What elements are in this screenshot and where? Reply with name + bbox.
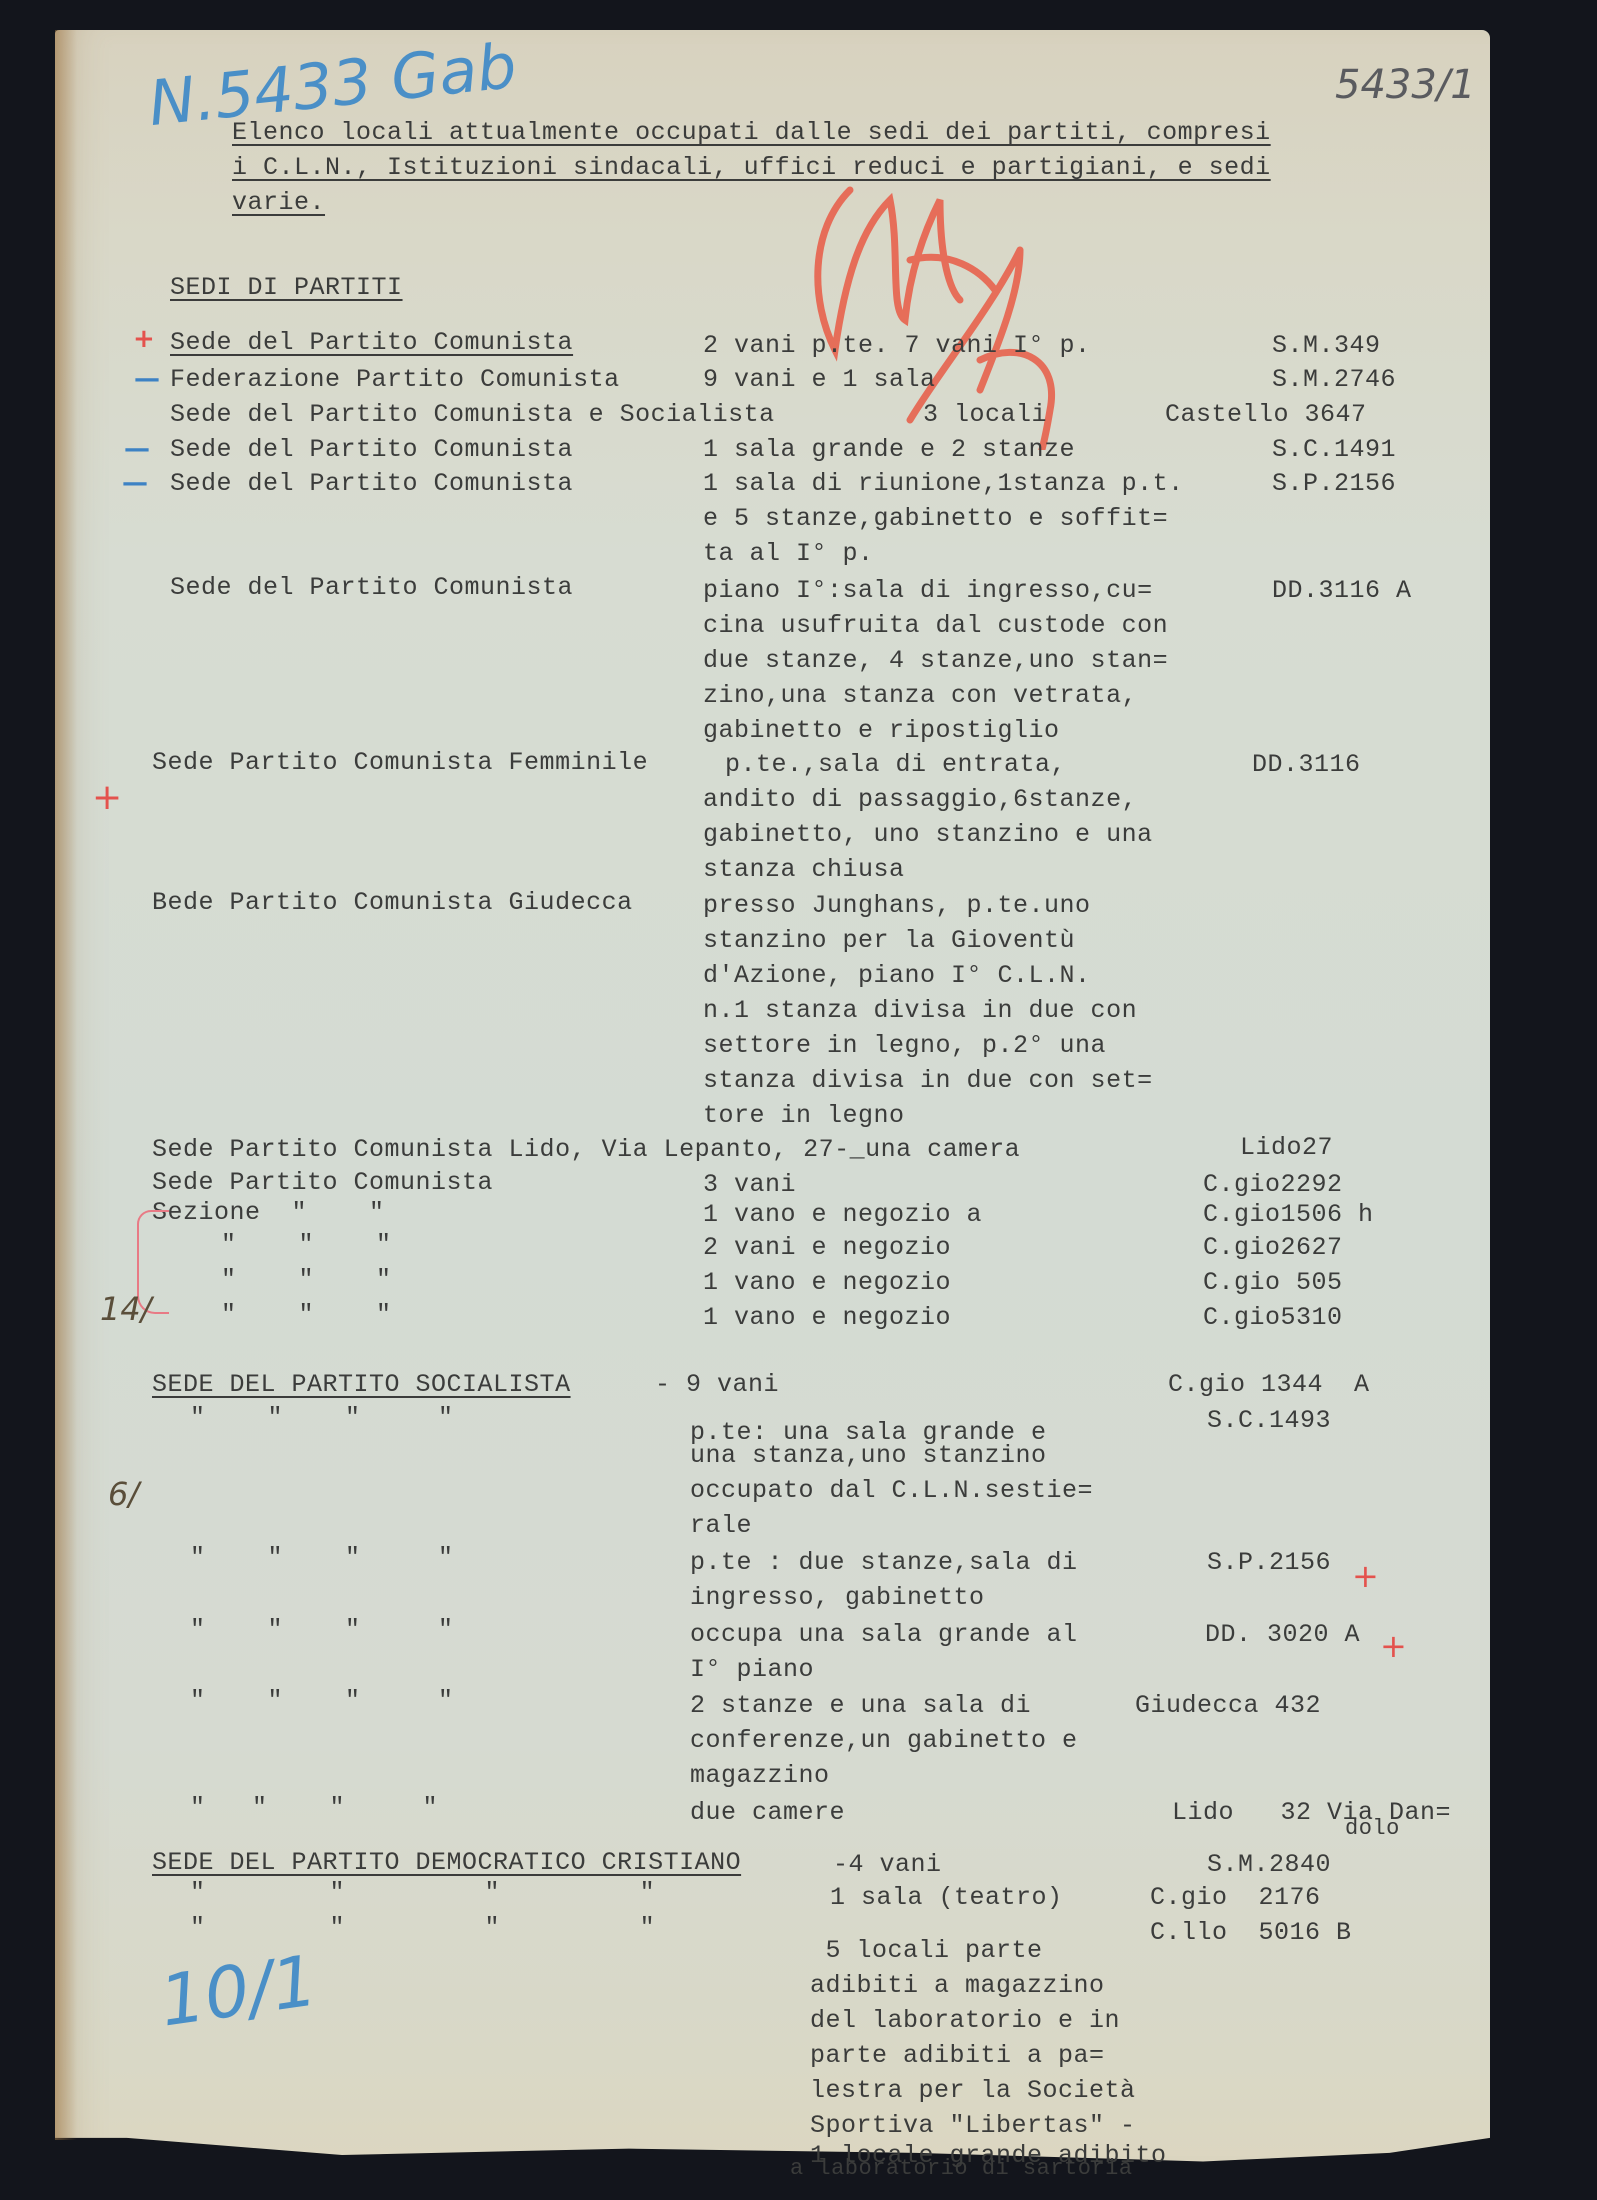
- row-name: Federazione Partito Comunista: [170, 367, 620, 392]
- title-line-1: Elenco locali attualmente occupati dalle…: [232, 120, 1271, 145]
- row-desc: gabinetto, uno stanzino e una: [703, 822, 1153, 847]
- row-location: DD.3116 A: [1272, 578, 1412, 603]
- row-location: DD.3116: [1252, 752, 1361, 777]
- reference-number-handwritten: 5433/1: [1335, 62, 1476, 108]
- ditto-marks: " " " ": [190, 1545, 454, 1570]
- row-location: C.gio 505: [1203, 1270, 1343, 1295]
- row-desc: p.te.,sala di entrata,: [725, 752, 1066, 777]
- row-desc: 1 vano e negozio: [703, 1305, 951, 1330]
- row-desc: zino,una stanza con vetrata,: [703, 683, 1137, 708]
- page-fold-shadow: [55, 30, 77, 2140]
- row-name: Sede del Partito Comunista: [170, 471, 573, 496]
- ditto-marks: " " " ": [190, 1405, 454, 1430]
- row-desc: gabinetto e ripostiglio: [703, 718, 1060, 743]
- row-desc: stanza chiusa: [703, 857, 905, 882]
- row-desc: una stanza,uno stanzino: [690, 1443, 1047, 1468]
- row-desc: n.1 stanza divisa in due con: [703, 998, 1137, 1023]
- ditto-marks: " " " ": [190, 1915, 655, 1940]
- row-name: Sede del Partito Comunista: [170, 330, 573, 355]
- row-location: C.gio2292: [1203, 1172, 1343, 1197]
- row-desc: Sportiva "Libertas" -: [810, 2113, 1136, 2138]
- blue-dash-mark: —: [134, 366, 160, 392]
- row-desc: 1 sala di riunione,1stanza p.t.: [703, 471, 1184, 496]
- row-name: Sezione " ": [152, 1200, 385, 1225]
- row-desc: a laboratorio di sartoria: [790, 2158, 1133, 2180]
- margin-note-14: 14/: [100, 1290, 152, 1328]
- row-location: Giudecca 432: [1135, 1693, 1321, 1718]
- row-desc: 2 vani e negozio: [703, 1235, 951, 1260]
- row-location: C.gio5310: [1203, 1305, 1343, 1330]
- row-location: DD. 3020 A: [1205, 1622, 1360, 1647]
- row-desc: stanzino per la Gioventù: [703, 928, 1075, 953]
- row-desc: piano I°:sala di ingresso,cu=: [703, 578, 1153, 603]
- row-name: Sede Partito Comunista Lido, Via Lepanto…: [152, 1137, 1020, 1162]
- row-desc: occupa una sala grande al: [690, 1622, 1078, 1647]
- row-desc: due camere: [690, 1800, 845, 1825]
- row-desc: conferenze,un gabinetto e: [690, 1728, 1078, 1753]
- red-plus-mark: +: [133, 326, 155, 352]
- section-heading-sedi-di-partiti: SEDI DI PARTITI: [170, 275, 403, 300]
- ditto-marks: " " " ": [190, 1688, 454, 1713]
- row-name: Bede Partito Comunista Giudecca: [152, 890, 633, 915]
- row-desc: 2 vani p.te. 7 vani I° p.: [703, 333, 1091, 358]
- row-location: S.M.349: [1272, 333, 1381, 358]
- row-desc: settore in legno, p.2° una: [703, 1033, 1106, 1058]
- row-desc: occupato dal C.L.N.sestie=: [690, 1478, 1093, 1503]
- row-desc: d'Azione, piano I° C.L.N.: [703, 963, 1091, 988]
- red-plus-mark: +: [92, 780, 122, 816]
- row-location: Lido 32 Via Dan=: [1172, 1800, 1451, 1825]
- row-desc: e 5 stanze,gabinetto e soffit=: [703, 506, 1168, 531]
- section-heading-suffix: -4 vani: [833, 1852, 942, 1877]
- row-desc: stanza divisa in due con set=: [703, 1068, 1153, 1093]
- row-location: C.gio 2176: [1150, 1885, 1321, 1910]
- title-line-2: i C.L.N., Istituzioni sindacali, uffici …: [232, 155, 1271, 180]
- section-heading-location: S.M.2840: [1207, 1852, 1331, 1877]
- row-location: S.C.1491: [1272, 437, 1396, 462]
- ditto-marks: " " " ": [190, 1880, 655, 1905]
- row-desc: 3 vani: [703, 1172, 796, 1197]
- row-desc: adibiti a magazzino: [810, 1973, 1105, 1998]
- row-desc: lestra per la Società: [810, 2078, 1136, 2103]
- row-desc: 1 sala grande e 2 stanze: [703, 437, 1075, 462]
- row-desc: I° piano: [690, 1657, 814, 1682]
- row-location: S.M.2746: [1272, 367, 1396, 392]
- row-desc: 9 vani e 1 sala: [703, 367, 936, 392]
- section-heading-democratico-cristiano: SEDE DEL PARTITO DEMOCRATICO CRISTIANO: [152, 1850, 741, 1875]
- row-desc: p.te : due stanze,sala di: [690, 1550, 1078, 1575]
- row-location: C.gio1506 h: [1203, 1202, 1374, 1227]
- ditto-marks: " " " ": [190, 1795, 438, 1820]
- row-desc: 5 locali parte: [810, 1938, 1043, 1963]
- row-desc: ta al I° p.: [703, 541, 874, 566]
- blue-dash-mark: —: [124, 436, 150, 462]
- row-name: Sede del Partito Comunista: [170, 575, 573, 600]
- section-heading-location: C.gio 1344 A: [1168, 1372, 1370, 1397]
- red-plus-mark: +: [1380, 1630, 1407, 1662]
- row-desc: 1 sala (teatro): [830, 1885, 1063, 1910]
- row-desc: 2 stanze e una sala di: [690, 1693, 1031, 1718]
- row-desc: magazzino: [690, 1763, 830, 1788]
- row-name: Sede Partito Comunista Femminile: [152, 750, 648, 775]
- row-desc: parte adibiti a pa=: [810, 2043, 1105, 2068]
- row-desc: presso Junghans, p.te.uno: [703, 893, 1091, 918]
- row-name: Sede del Partito Comunista: [170, 437, 573, 462]
- row-location: C.llo 5016 B: [1150, 1920, 1352, 1945]
- row-desc: 1 vano e negozio a: [703, 1202, 982, 1227]
- row-location: Castello 3647: [1165, 402, 1367, 427]
- row-desc: rale: [690, 1513, 752, 1538]
- ditto-marks: " " " ": [190, 1617, 454, 1642]
- title-line-3: varie.: [232, 190, 325, 215]
- row-name: " " ": [190, 1232, 392, 1257]
- row-desc: andito di passaggio,6stanze,: [703, 787, 1137, 812]
- row-location: C.gio2627: [1203, 1235, 1343, 1260]
- row-name: Sede del Partito Comunista e Socialista: [170, 402, 775, 427]
- row-desc: ingresso, gabinetto: [690, 1585, 985, 1610]
- row-desc: del laboratorio e in: [810, 2008, 1120, 2033]
- row-desc: tore in legno: [703, 1103, 905, 1128]
- row-location: S.C.1493: [1207, 1408, 1331, 1433]
- row-name: Sede Partito Comunista: [152, 1170, 493, 1195]
- red-plus-mark: +: [1352, 1560, 1379, 1592]
- row-name: " " ": [190, 1267, 392, 1292]
- row-name: " " ": [190, 1302, 392, 1327]
- row-location-continued: dolo: [1345, 1818, 1400, 1840]
- section-heading-partito-socialista: SEDE DEL PARTITO SOCIALISTA: [152, 1372, 571, 1397]
- row-desc: due stanze, 4 stanze,uno stan=: [703, 648, 1168, 673]
- row-desc: cina usufruita dal custode con: [703, 613, 1168, 638]
- row-location: S.P.2156: [1207, 1550, 1331, 1575]
- blue-dash-mark: —: [122, 470, 148, 496]
- row-desc: 3 locali: [923, 402, 1047, 427]
- section-heading-suffix: - 9 vani: [655, 1372, 779, 1397]
- row-location: Lido27: [1240, 1135, 1333, 1160]
- margin-note-6: 6/: [108, 1475, 139, 1513]
- row-desc: 1 vano e negozio: [703, 1270, 951, 1295]
- row-location: S.P.2156: [1272, 471, 1396, 496]
